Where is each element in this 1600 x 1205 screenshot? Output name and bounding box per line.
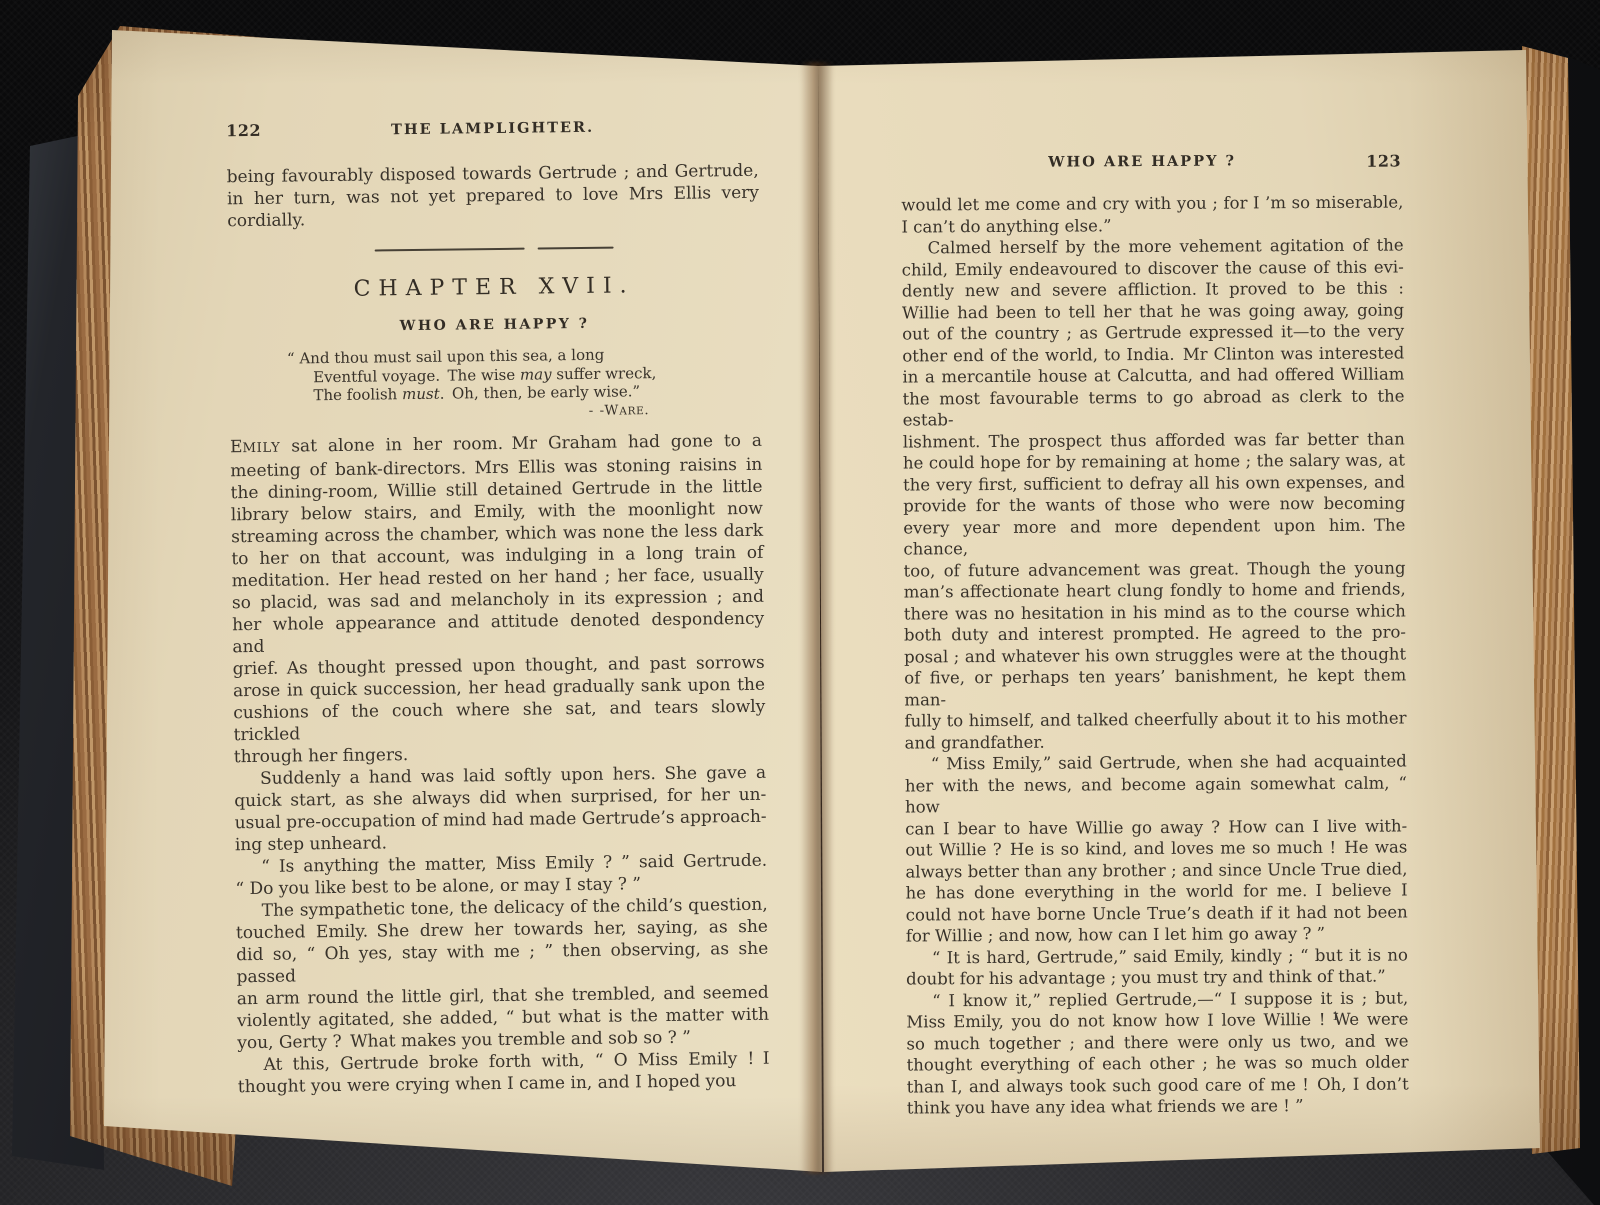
text-line: always better than any brother ; and sin…	[905, 858, 1407, 883]
intro-paragraph: being favourably disposed towards Gertru…	[227, 160, 760, 232]
left-page-number: 122	[226, 121, 261, 140]
chapter-subtitle: WHO ARE HAPPY ?	[228, 314, 760, 336]
right-running-title: WHO ARE HAPPY ?	[901, 151, 1403, 171]
text-line: did so, “ Oh yes, stay with me ; ” then …	[236, 937, 768, 987]
text-line: Willie had been to tell her that he was …	[902, 299, 1404, 324]
text-line: for Willie ; and now, how can I let him …	[906, 922, 1408, 947]
text-line: man’s affectionate heart clung fondly to…	[904, 578, 1406, 603]
text-line: the very first, sufficient to defray all…	[903, 471, 1405, 496]
text-line: “ Miss Emily,” said Gertrude, when she h…	[905, 750, 1407, 775]
paragraph: “ It is hard, Gertrude,” said Emily, kin…	[906, 944, 1408, 990]
text-line: could not have borne Uncle True’s death …	[906, 901, 1408, 926]
text-line: thought everything of each other ; he wa…	[907, 1051, 1409, 1076]
right-page-content: WHO ARE HAPPY ? 123 would let me come an…	[901, 151, 1409, 1119]
text-line: so much together ; and there were only u…	[906, 1030, 1408, 1055]
text-line: out of the country ; as Gertrude express…	[902, 320, 1404, 345]
left-page-content: 122 THE LAMPLIGHTER. being favourably di…	[226, 115, 770, 1098]
text-line: her with the news, and become again some…	[905, 772, 1407, 818]
text-line: both duty and interest prompted. He agre…	[904, 621, 1406, 646]
text-line: “ It is hard, Gertrude,” said Emily, kin…	[906, 944, 1408, 969]
paragraph: Suddenly a hand was laid softly upon her…	[234, 761, 767, 855]
text-line: and grandfather.	[905, 729, 1407, 754]
signature-mark: 1	[1332, 1010, 1339, 1023]
text-line: can I bear to have Willie go away ? How …	[905, 815, 1407, 840]
text-line: would let me come and cry with you ; for…	[901, 191, 1403, 216]
text-line: of five, or perhaps ten years’ banishmen…	[904, 664, 1406, 710]
text-line: in a mercantile house at Calcutta, and h…	[902, 363, 1404, 388]
text-line: provide for the wants of those who were …	[903, 492, 1405, 517]
text-line: fully to himself, and talked cheerfully …	[904, 707, 1406, 732]
text-line: dently new and severe affliction. It pro…	[902, 277, 1404, 302]
paragraph: At this, Gertrude broke forth with, “ O …	[237, 1047, 769, 1097]
text-line: other end of the world, to India. Mr Cli…	[902, 342, 1404, 367]
paragraph: being favourably disposed towards Gertru…	[227, 160, 760, 232]
paragraph: The sympathetic tone, the delicacy of th…	[236, 893, 770, 1053]
paragraph: “ Is anything the matter, Miss Emily ? ”…	[235, 849, 767, 899]
text-line: I can’t do anything else.”	[901, 213, 1403, 238]
chapter-heading: CHAPTER XVII.	[228, 272, 760, 303]
right-page-number: 123	[1366, 151, 1401, 170]
text-line: doubt for his advantage ; you must try a…	[906, 965, 1408, 990]
text-line: think you have any idea what friends we …	[907, 1094, 1409, 1119]
text-line: than I, and always took such good care o…	[907, 1073, 1409, 1098]
text-line: every year more and more dependent upon …	[903, 514, 1405, 560]
left-page-body: EMILY sat alone in her room. Mr Graham h…	[230, 429, 770, 1097]
text-line: too, of future advancement was great. Th…	[904, 557, 1406, 582]
text-line: Calmed herself by the more vehement agit…	[902, 234, 1404, 259]
text-line: “ I know it,” replied Gertrude,—“ I supp…	[906, 987, 1408, 1012]
text-line: cushions of the couch where she sat, and…	[233, 695, 765, 745]
text-line: there was no hesitation in his mind as t…	[904, 600, 1406, 625]
paragraph: Calmed herself by the more vehement agit…	[902, 234, 1407, 753]
book-photo: 122 THE LAMPLIGHTER. being favourably di…	[0, 0, 1600, 1205]
text-line: he has done everything in the world for …	[906, 879, 1408, 904]
left-running-title: THE LAMPLIGHTER.	[261, 117, 758, 140]
epigraph: “ And thou must sail upon this sea, a lo…	[229, 344, 762, 406]
section-divider-rule	[228, 245, 760, 253]
right-page-body: would let me come and cry with you ; for…	[901, 191, 1409, 1119]
divider-segment-long	[374, 248, 524, 252]
text-line: lishment. The prospect thus afforded was…	[903, 428, 1405, 453]
text-line: her whole appearance and attitude denote…	[232, 607, 764, 657]
paragraph: EMILY sat alone in her room. Mr Graham h…	[230, 429, 766, 767]
text-line: child, Emily endeavoured to discover the…	[902, 256, 1404, 281]
text-line: out Willie ? He is so kind, and loves me…	[905, 836, 1407, 861]
paragraph: “ Miss Emily,” said Gertrude, when she h…	[905, 750, 1408, 947]
text-line: the most favourable terms to go abroad a…	[902, 385, 1404, 431]
divider-segment-short	[537, 247, 613, 250]
right-running-header: WHO ARE HAPPY ? 123	[901, 151, 1403, 174]
paragraph: would let me come and cry with you ; for…	[901, 191, 1403, 237]
text-line: he could hope for by remaining at home ;…	[903, 449, 1405, 474]
paragraph: “ I know it,” replied Gertrude,—“ I supp…	[906, 987, 1409, 1119]
text-line: posal ; and whatever his own struggles w…	[904, 643, 1406, 668]
